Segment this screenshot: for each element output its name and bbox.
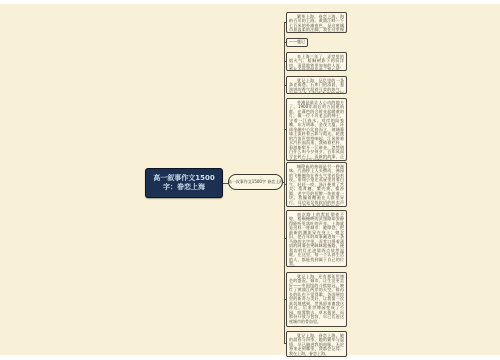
subtopic-ellipse-node[interactable]: 高一叙事作文1500字 眷恋上海	[228, 174, 283, 190]
root-topic-node[interactable]: 高一叙事作文1500字：眷恋上海	[145, 168, 223, 198]
paragraph-box: 犹记上海，还有那年世博会的盛况。城市，让生活更美好——中国馆的斗拱如冠，映红了黄…	[286, 272, 347, 327]
mindmap-page: 高一叙事作文1500字：眷恋上海 高一叙事作文1500字 眷恋上海 繁华上海，眷…	[0, 0, 500, 360]
paragraph-text: 来上海三年了，弄堂里的烟火气、梧桐树影下的旧洋房、清晨地铁里匆匆的人流，都在不经…	[289, 55, 344, 71]
epigraph-text: ——题记	[289, 40, 305, 44]
paragraph-text: 犹记上海，记忆里的一条条老街巷。石库门的清晨，葱油饼的香气混着豆浆的热气，勾勒出…	[289, 79, 344, 94]
paragraph-box: 犹记上海，记忆里的一条条老街巷。石库门的清晨，葱油饼的香气混着豆浆的热气，勾勒出…	[286, 76, 347, 94]
paragraph-box: 南京路上的霓虹彻夜不熄，梧桐掩映的武康路却安静得能听见落叶的声音。上海就是这样一…	[286, 210, 347, 267]
subtopic-label: 高一叙事作文1500字 眷恋上海	[228, 179, 283, 185]
paragraph-text: 犹记上海，还有那年世博会的盛况。城市，让生活更美好——中国馆的斗拱如冠，映红了黄…	[289, 275, 344, 324]
paragraph-box: 外滩是最让人心动的地方了。1900年前后的万国建筑群，在暮色四合时亮起暖黄的灯，…	[286, 98, 347, 161]
paragraph-text: 繁华上海，眷恋上海，海纳百川的上海。黄浦江畔一千七百米的外滩夜色，是这座城市最温…	[289, 15, 344, 33]
paragraph-text: 外滩是最让人心动的地方了。1900年前后的万国建筑群，在暮色四合时亮起暖黄的灯，…	[289, 101, 344, 161]
paragraph-box: 来上海三年了，弄堂里的烟火气、梧桐树影下的旧洋房、清晨地铁里匆匆的人流，都在不经…	[286, 52, 347, 71]
root-topic-label: 高一叙事作文1500字：眷恋上海	[150, 174, 218, 192]
paragraph-box: 繁华上海，眷恋上海，海纳百川的上海。黄浦江畔一千七百米的外滩夜色，是这座城市最温…	[286, 12, 347, 33]
paragraph-box: 城隍庙的热闹是另一种滋味。九曲桥上人头攒动，豫园的飞檐翘角在香火气里若隐若现。南…	[286, 162, 347, 207]
paragraph-text: 犹记上海，眷恋上海。她的晨昏与四季，她的繁华与温情，早已融进我的血脉。无论将来走…	[289, 334, 344, 356]
paragraph-text: 城隍庙的热闹是另一种滋味。九曲桥上人头攒动，豫园的飞檐翘角在香火气里若隐若现。南…	[289, 165, 344, 207]
trunk-line	[284, 22, 285, 343]
paragraph-box: 犹记上海，眷恋上海。她的晨昏与四季，她的繁华与温情，早已融进我的血脉。无论将来走…	[286, 331, 347, 357]
paragraph-text: 南京路上的霓虹彻夜不熄，梧桐掩映的武康路却安静得能听见落叶的声音。上海就是这样一…	[289, 213, 344, 267]
mindmap-canvas: 高一叙事作文1500字：眷恋上海 高一叙事作文1500字 眷恋上海 繁华上海，眷…	[0, 4, 500, 355]
epigraph-box: ——题记	[286, 38, 308, 47]
